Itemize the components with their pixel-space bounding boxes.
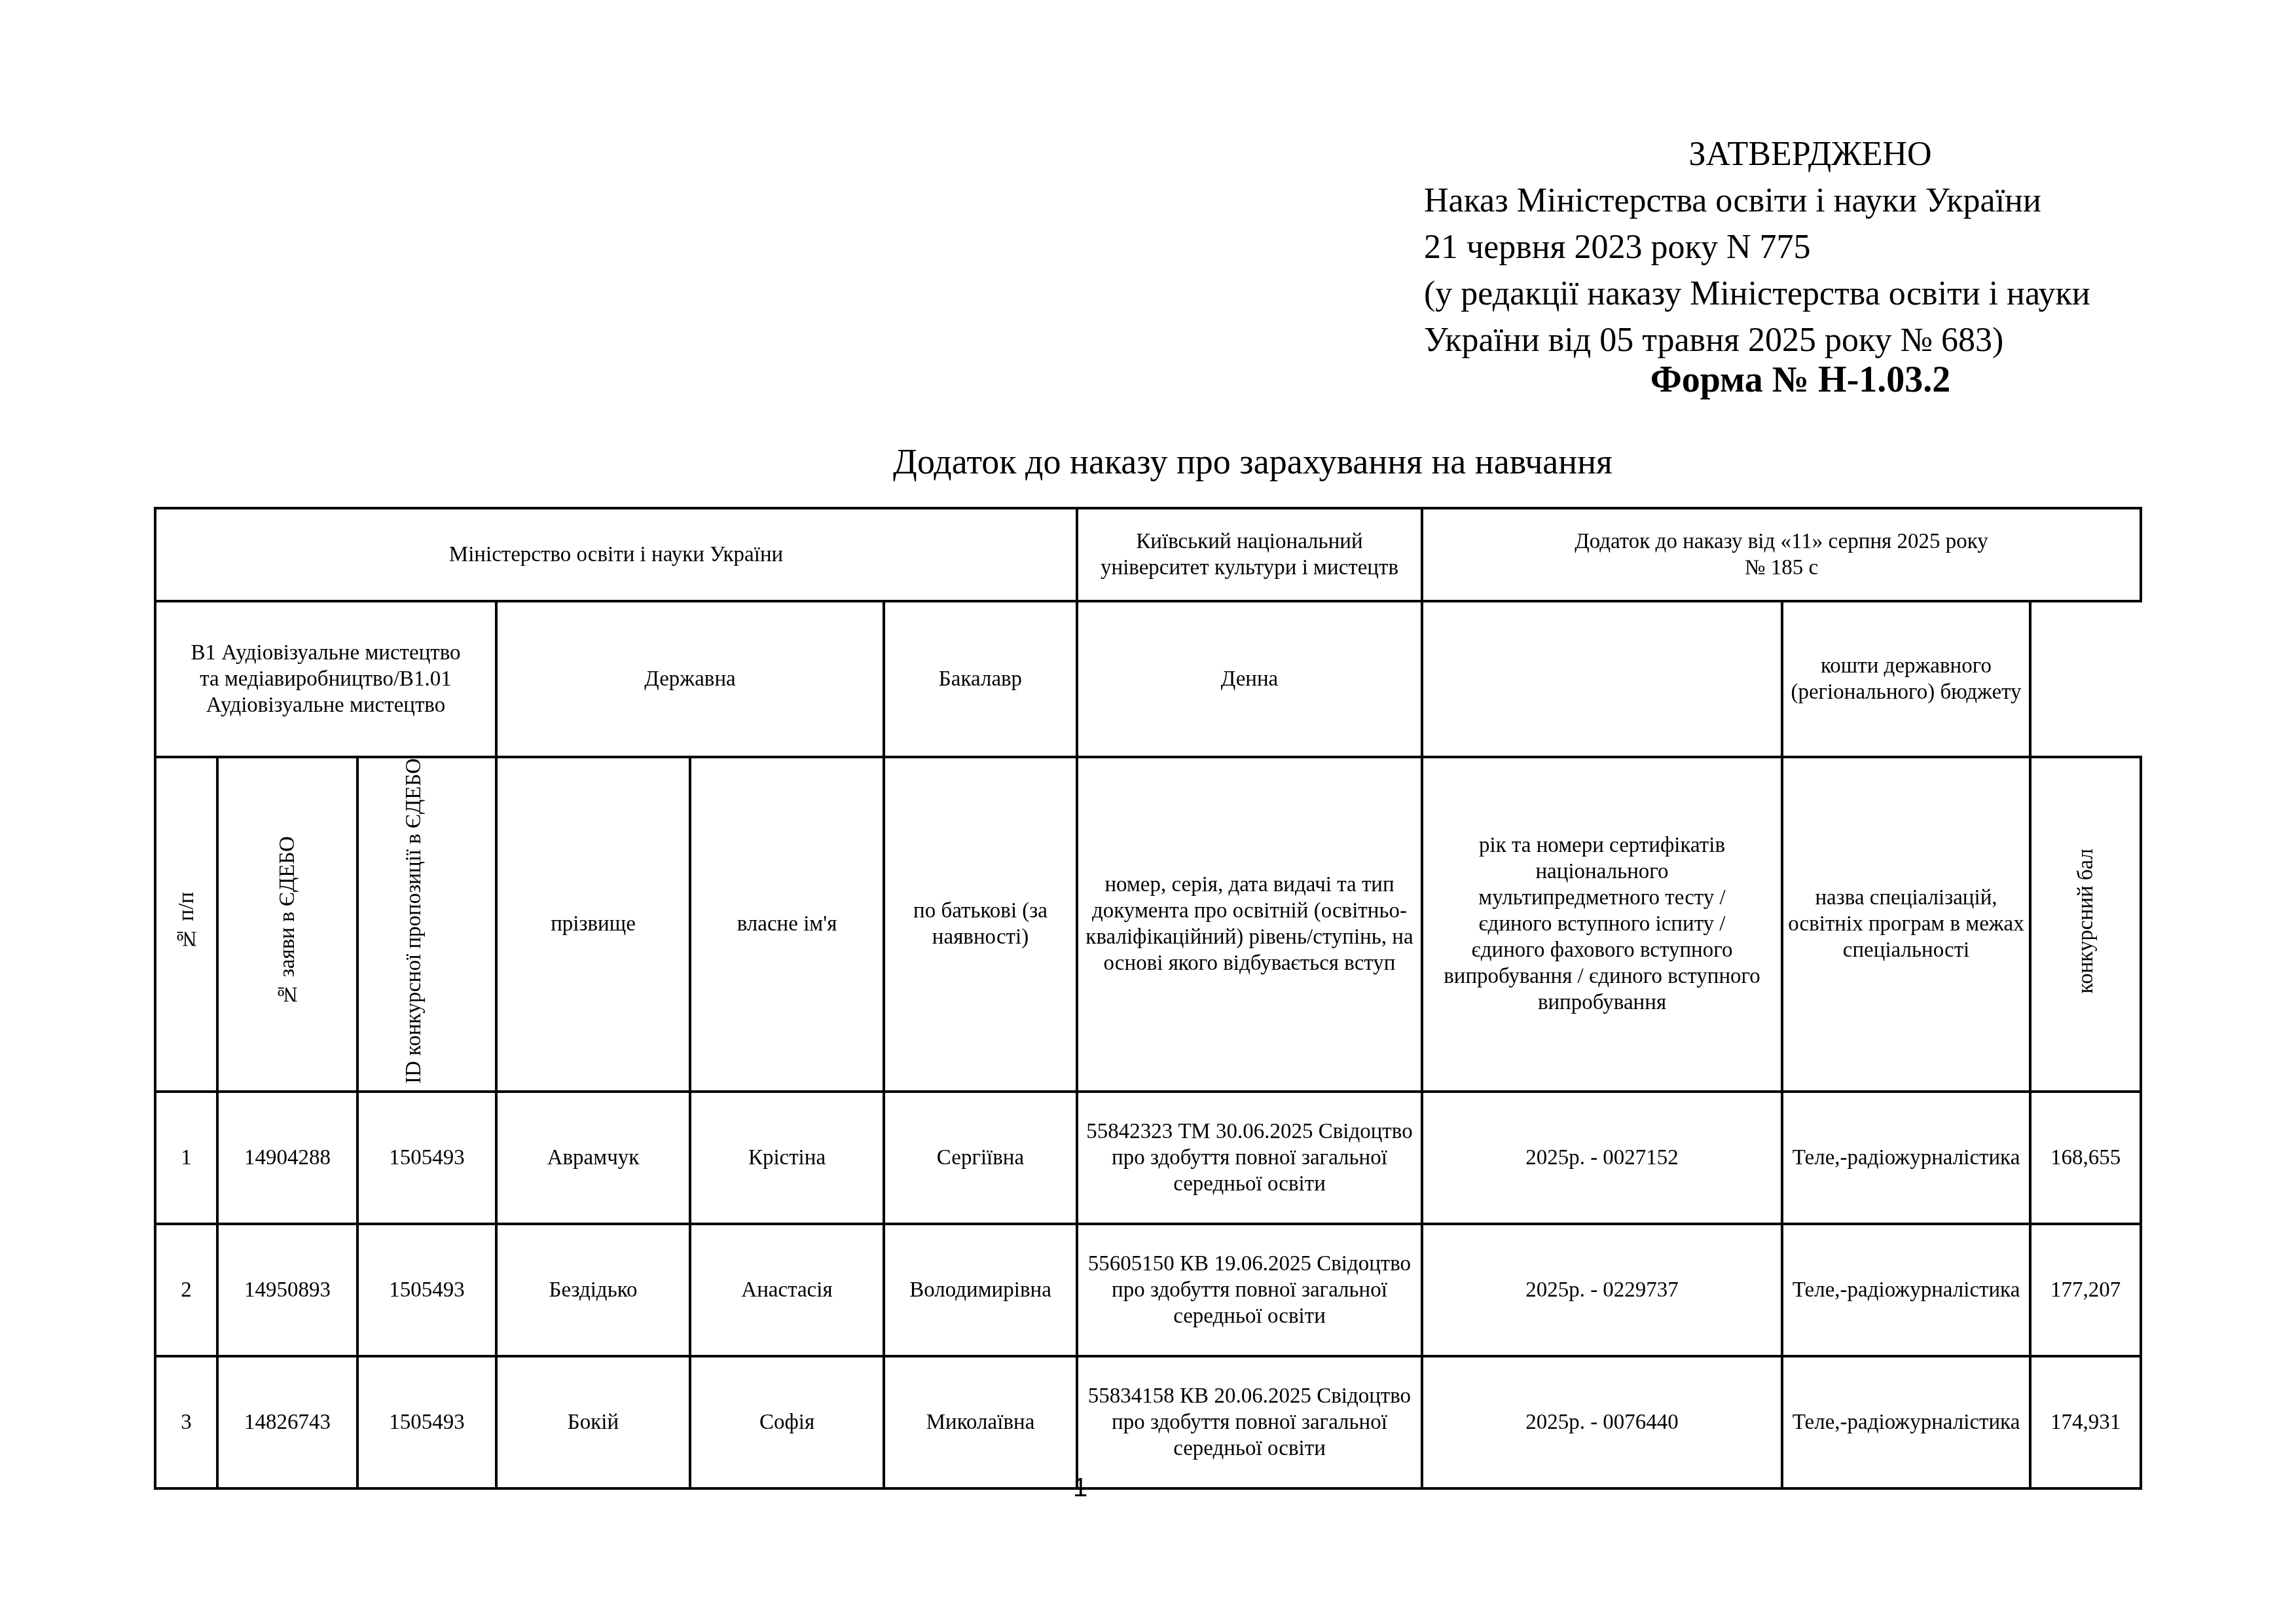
row-document: 55834158 КВ 20.06.2025 Свідоцтво про здо… <box>1077 1356 1422 1488</box>
header-row-program: В1 Аудіовізуальне мистецтво та медіавиро… <box>155 601 2141 757</box>
form-number: Форма № Н-1.03.2 <box>1408 357 2193 403</box>
empty-cell <box>1422 601 1782 757</box>
table-row: 3 14826743 1505493 Бокій Софія Миколаївн… <box>155 1356 2141 1488</box>
document-title: Додаток до наказу про зарахування на нав… <box>0 439 2296 485</box>
order-date: Додаток до наказу від «11» серпня 2025 р… <box>1575 530 1988 553</box>
row-application: 14904288 <box>217 1092 357 1224</box>
row-num: 3 <box>155 1356 217 1488</box>
col-header-document: номер, серія, дата видачі та тип докумен… <box>1077 757 1422 1092</box>
university-cell: Київський національний університет культ… <box>1077 508 1422 601</box>
col-header-score: конкурсний бал <box>2030 757 2141 1092</box>
row-certificates: 2025р. - 0229737 <box>1422 1224 1782 1356</box>
row-certificates: 2025р. - 0076440 <box>1422 1356 1782 1488</box>
row-program: Теле,-радіожурналістика <box>1782 1224 2030 1356</box>
col-header-patronymic: по батькові (за наявності) <box>884 757 1077 1092</box>
row-patronymic: Миколаївна <box>884 1356 1077 1488</box>
row-certificates: 2025р. - 0027152 <box>1422 1092 1782 1224</box>
col-header-name: власне ім'я <box>690 757 884 1092</box>
ownership-cell: Державна <box>496 601 884 757</box>
col-header-offer-id: ID конкурсної пропозиції в ЄДЕБО <box>357 757 496 1092</box>
order-number: № 185 с <box>1745 556 1818 580</box>
table-row: 2 14950893 1505493 Бездідько Анастасія В… <box>155 1224 2141 1356</box>
funding-cell: кошти державного (регіонального) бюджету <box>1782 601 2030 757</box>
row-num: 2 <box>155 1224 217 1356</box>
row-application: 14826743 <box>217 1356 357 1488</box>
col-header-surname: прізвище <box>496 757 690 1092</box>
row-surname: Бокій <box>496 1356 690 1488</box>
row-surname: Аврамчук <box>496 1092 690 1224</box>
page-number: 1 <box>1048 1473 1113 1503</box>
row-offer-id: 1505493 <box>357 1092 496 1224</box>
approval-stamp: ЗАТВЕРДЖЕНО Наказ Міністерства освіти і … <box>1424 131 2177 363</box>
row-patronymic: Володимирівна <box>884 1224 1077 1356</box>
row-offer-id: 1505493 <box>357 1224 496 1356</box>
row-application: 14950893 <box>217 1224 357 1356</box>
row-name: Софія <box>690 1356 884 1488</box>
enrollment-table: Міністерство освіти і науки України Київ… <box>154 507 2142 1490</box>
column-header-row: № п/п № заяви в ЄДЕБО ID конкурсної проп… <box>155 757 2141 1092</box>
approval-line: 21 червня 2023 року N 775 <box>1424 224 2177 270</box>
order-cell: Додаток до наказу від «11» серпня 2025 р… <box>1422 508 2141 601</box>
degree-cell: Бакалавр <box>884 601 1077 757</box>
row-score: 174,931 <box>2030 1356 2141 1488</box>
row-name: Крістіна <box>690 1092 884 1224</box>
specialty-cell: В1 Аудіовізуальне мистецтво та медіавиро… <box>155 601 496 757</box>
row-score: 168,655 <box>2030 1092 2141 1224</box>
header-row-institution: Міністерство освіти і науки України Київ… <box>155 508 2141 601</box>
col-header-program: назва спеціалізацій, освітніх програм в … <box>1782 757 2030 1092</box>
row-document: 55842323 ТМ 30.06.2025 Свідоцтво про здо… <box>1077 1092 1422 1224</box>
approval-heading: ЗАТВЕРДЖЕНО <box>1424 131 2079 177</box>
row-score: 177,207 <box>2030 1224 2141 1356</box>
row-num: 1 <box>155 1092 217 1224</box>
ministry-cell: Міністерство освіти і науки України <box>155 508 1077 601</box>
row-name: Анастасія <box>690 1224 884 1356</box>
study-form-cell: Денна <box>1077 601 1422 757</box>
approval-line: Наказ Міністерства освіти і науки Україн… <box>1424 177 2177 224</box>
col-header-num: № п/п <box>155 757 217 1092</box>
col-header-application: № заяви в ЄДЕБО <box>217 757 357 1092</box>
row-program: Теле,-радіожурналістика <box>1782 1092 2030 1224</box>
row-patronymic: Сергіївна <box>884 1092 1077 1224</box>
table-row: 1 14904288 1505493 Аврамчук Крістіна Сер… <box>155 1092 2141 1224</box>
row-offer-id: 1505493 <box>357 1356 496 1488</box>
row-program: Теле,-радіожурналістика <box>1782 1356 2030 1488</box>
row-surname: Бездідько <box>496 1224 690 1356</box>
col-header-certificates: рік та номери сертифікатів національного… <box>1422 757 1782 1092</box>
approval-line: (у редакції наказу Міністерства освіти і… <box>1424 270 2177 317</box>
row-document: 55605150 КВ 19.06.2025 Свідоцтво про здо… <box>1077 1224 1422 1356</box>
